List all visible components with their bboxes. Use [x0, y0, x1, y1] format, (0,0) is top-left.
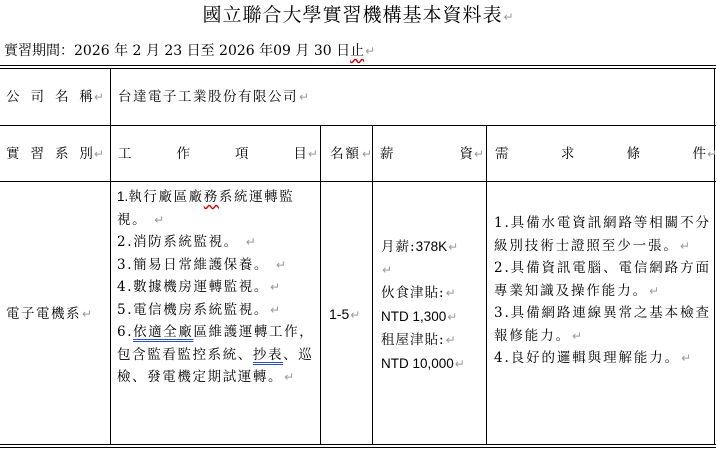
column-divider-4 [486, 125, 487, 445]
paragraph-mark-icon: ↵ [94, 90, 104, 104]
column-divider-2 [320, 125, 321, 445]
salary-label: 租屋津貼: [381, 332, 445, 348]
row-divider-header [0, 181, 716, 182]
spellcheck-flagged-text: 務 [204, 189, 219, 205]
paragraph-mark-icon: ↵ [246, 235, 258, 249]
paragraph-mark-icon: ↵ [455, 357, 465, 371]
requirement-item: 2.具備資訊電腦、電信網路方面專業知識及操作能力。↵ [494, 257, 712, 302]
paragraph-mark-icon: ↵ [446, 286, 457, 300]
header-char: 件↵ [692, 144, 717, 164]
requirement-text: 1.具備水電資訊網路等相關不分級別技術士證照至少一張。 [494, 215, 711, 254]
header-char: 項 [235, 144, 249, 164]
paragraph-mark-icon: ↵ [362, 147, 374, 161]
header-char: 工 [118, 144, 132, 164]
header-requirements: 需 求 條 件↵ [495, 144, 717, 164]
company-name-label: 公 司 名 稱↵ [6, 87, 104, 107]
paragraph-mark-icon: ↵ [707, 147, 717, 161]
work-item-number: 6. [117, 324, 133, 340]
salary-rent-label: 租屋津貼:↵ [381, 329, 485, 352]
label-char-text: 稱 [79, 89, 93, 105]
salary-meal-value: NTD 1,300↵ [381, 305, 485, 329]
department-text: 電子電機系 [6, 306, 81, 322]
table-top-border-outer [0, 65, 716, 66]
work-item-text: 3.簡易日常維護保養。 [117, 257, 269, 273]
label-char: 司 [30, 87, 44, 107]
header-work-items: 工 作 項 目↵ [118, 144, 318, 164]
table-right-border [714, 68, 715, 445]
requirement-text: 4.良好的邏輯與理解能力。 [494, 350, 680, 366]
work-item-text: 5.電信機房系統監視。 [117, 302, 269, 318]
header-char-text: 件 [692, 146, 706, 162]
column-divider-3 [372, 125, 373, 445]
paragraph-mark-icon: ↵ [276, 258, 288, 272]
table-bottom-border-outer [0, 447, 716, 448]
requirements-cell: 1.具備水電資訊網路等相關不分級別技術士證照至少一張。↵ 2.具備資訊電腦、電信… [494, 212, 712, 370]
header-char: 系 [55, 144, 69, 164]
document-title: 國立聯合大學實習機構基本資料表↵ [0, 2, 717, 30]
header-char-text: 目 [293, 146, 307, 162]
paragraph-mark-icon: ↵ [382, 263, 393, 277]
grammar-flagged-text: 抄表 [253, 347, 283, 363]
salary-meal-label: 伙食津貼:↵ [381, 282, 485, 305]
requirement-text: 3.具備網路連線異常之基本檢查報修能力。 [494, 305, 711, 344]
work-item-text: 執行廠區廠 [128, 189, 204, 205]
paragraph-mark-icon: ↵ [94, 147, 104, 161]
paragraph-mark-icon: ↵ [446, 333, 457, 347]
header-department: 實 習 系 別↵ [6, 144, 104, 164]
salary-value: NTD 10,000 [381, 356, 454, 371]
row-divider-company [0, 125, 716, 126]
grammar-flagged-text: 依適全廠 [133, 324, 193, 340]
table-top-border-inner [0, 68, 716, 69]
paragraph-mark-icon: ↵ [503, 10, 514, 24]
paragraph-mark-icon: ↵ [308, 147, 318, 161]
paragraph-mark-icon: ↵ [270, 280, 282, 294]
paragraph-mark-icon: ↵ [82, 307, 94, 321]
header-char-text: 資 [459, 146, 473, 162]
paragraph-mark-icon: ↵ [448, 240, 459, 254]
salary-cell: 月薪:378K↵ ↵ 伙食津貼:↵ NTD 1,300↵ 租屋津貼:↵ NTD … [381, 235, 485, 376]
empty-paragraph: ↵ [381, 259, 485, 282]
paragraph-mark-icon: ↵ [649, 284, 661, 298]
header-char: 習 [30, 144, 44, 164]
paragraph-mark-icon: ↵ [572, 329, 584, 343]
salary-label: 伙食津貼: [381, 285, 445, 301]
salary-monthly: 月薪:378K↵ [381, 235, 485, 259]
quota-text: 1-5 [329, 306, 349, 322]
label-char: 名 [55, 87, 69, 107]
paragraph-mark-icon: ↵ [474, 147, 484, 161]
header-char: 求 [561, 144, 575, 164]
salary-label: 月薪: [381, 239, 416, 255]
table-bottom-border-inner [0, 444, 716, 445]
paragraph-mark-icon: ↵ [350, 308, 360, 322]
paragraph-mark-icon: ↵ [270, 303, 282, 317]
company-name-value: 台達電子工業股份有限公司↵ [118, 87, 311, 107]
work-item: 2.消防系統監視。 ↵ [117, 231, 319, 254]
paragraph-mark-icon: ↵ [299, 90, 311, 104]
header-char-text: 別 [79, 146, 93, 162]
internship-period: 實習期間：2026 年 2 月 23 日至 2026 年09 月 30 日止↵ [4, 42, 375, 60]
label-char: 稱↵ [79, 87, 104, 107]
paragraph-mark-icon: ↵ [154, 213, 166, 227]
paragraph-mark-icon: ↵ [680, 239, 692, 253]
requirement-item: 1.具備水電資訊網路等相關不分級別技術士證照至少一張。↵ [494, 212, 712, 257]
salary-value: NTD 1,300 [381, 309, 446, 324]
header-char: 需 [495, 144, 509, 164]
work-item: 4.數據機房運轉監視。↵ [117, 276, 319, 299]
requirement-item: 4.良好的邏輯與理解能力。↵ [494, 347, 712, 370]
salary-rent-value: NTD 10,000↵ [381, 352, 485, 376]
work-item: 1.執行廠區廠務系統運轉監視。 ↵ [117, 186, 319, 231]
work-item-text: 4.數據機房運轉監視。 [117, 279, 269, 295]
paragraph-mark-icon: ↵ [447, 310, 457, 324]
salary-value: 378K [416, 239, 448, 254]
header-char: 薪 [380, 144, 394, 164]
paragraph-mark-icon: ↵ [365, 44, 375, 58]
header-char: 作 [176, 144, 190, 164]
work-item-text: 2.消防系統監視。 [117, 234, 239, 250]
company-name-text: 台達電子工業股份有限公司 [118, 89, 298, 105]
column-divider-1 [110, 68, 111, 445]
document-title-text: 國立聯合大學實習機構基本資料表 [202, 4, 502, 26]
header-char: 別↵ [79, 144, 104, 164]
internship-period-text: 實習期間：2026 年 2 月 23 日至 2026 年09 月 30 日 [4, 43, 350, 59]
header-quota: 名額↵ [330, 144, 374, 164]
internship-period-suffix: 止 [350, 43, 364, 59]
paragraph-mark-icon: ↵ [681, 351, 693, 365]
paragraph-mark-icon: ↵ [284, 370, 296, 384]
header-char: 條 [627, 144, 641, 164]
requirement-text: 2.具備資訊電腦、電信網路方面專業知識及操作能力。 [494, 260, 711, 299]
work-item: 6.依適全廠區維護運轉工作，包含監看監控系統、抄表、巡檢、發電機定期試運轉。↵ [117, 321, 319, 389]
header-char: 目↵ [293, 144, 318, 164]
header-salary: 薪 資↵ [380, 144, 484, 164]
work-items-cell: 1.執行廠區廠務系統運轉監視。 ↵ 2.消防系統監視。 ↵ 3.簡易日常維護保養… [117, 186, 319, 389]
work-item: 5.電信機房系統監視。↵ [117, 299, 319, 322]
label-char: 公 [6, 87, 20, 107]
header-quota-text: 名額 [330, 146, 361, 162]
header-char: 實 [6, 144, 20, 164]
department-cell: 電子電機系↵ [6, 304, 94, 324]
work-item: 3.簡易日常維護保養。 ↵ [117, 254, 319, 277]
header-char: 資↵ [459, 144, 484, 164]
requirement-item: 3.具備網路連線異常之基本檢查報修能力。↵ [494, 302, 712, 347]
quota-cell: 1-5↵ [329, 304, 360, 325]
